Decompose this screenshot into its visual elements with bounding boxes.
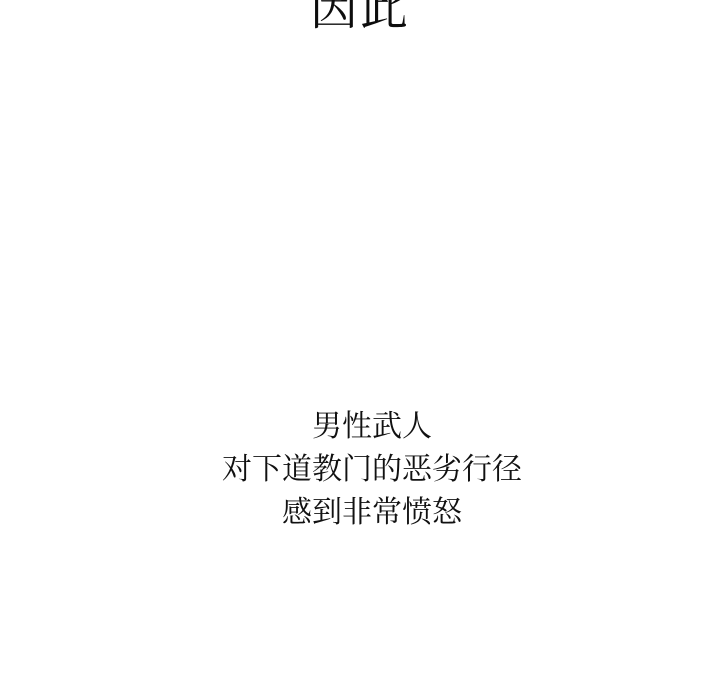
caption-line-3: 感到非常愤怒 (0, 491, 720, 534)
comic-panel: 因此 男性武人 对下道教门的恶劣行径 感到非常愤怒 (0, 0, 720, 700)
panel-heading-text: 因此 (0, 0, 720, 36)
narration-caption: 男性武人 对下道教门的恶劣行径 感到非常愤怒 (0, 405, 720, 534)
caption-line-1: 男性武人 (0, 405, 720, 448)
caption-line-2: 对下道教门的恶劣行径 (0, 448, 720, 491)
